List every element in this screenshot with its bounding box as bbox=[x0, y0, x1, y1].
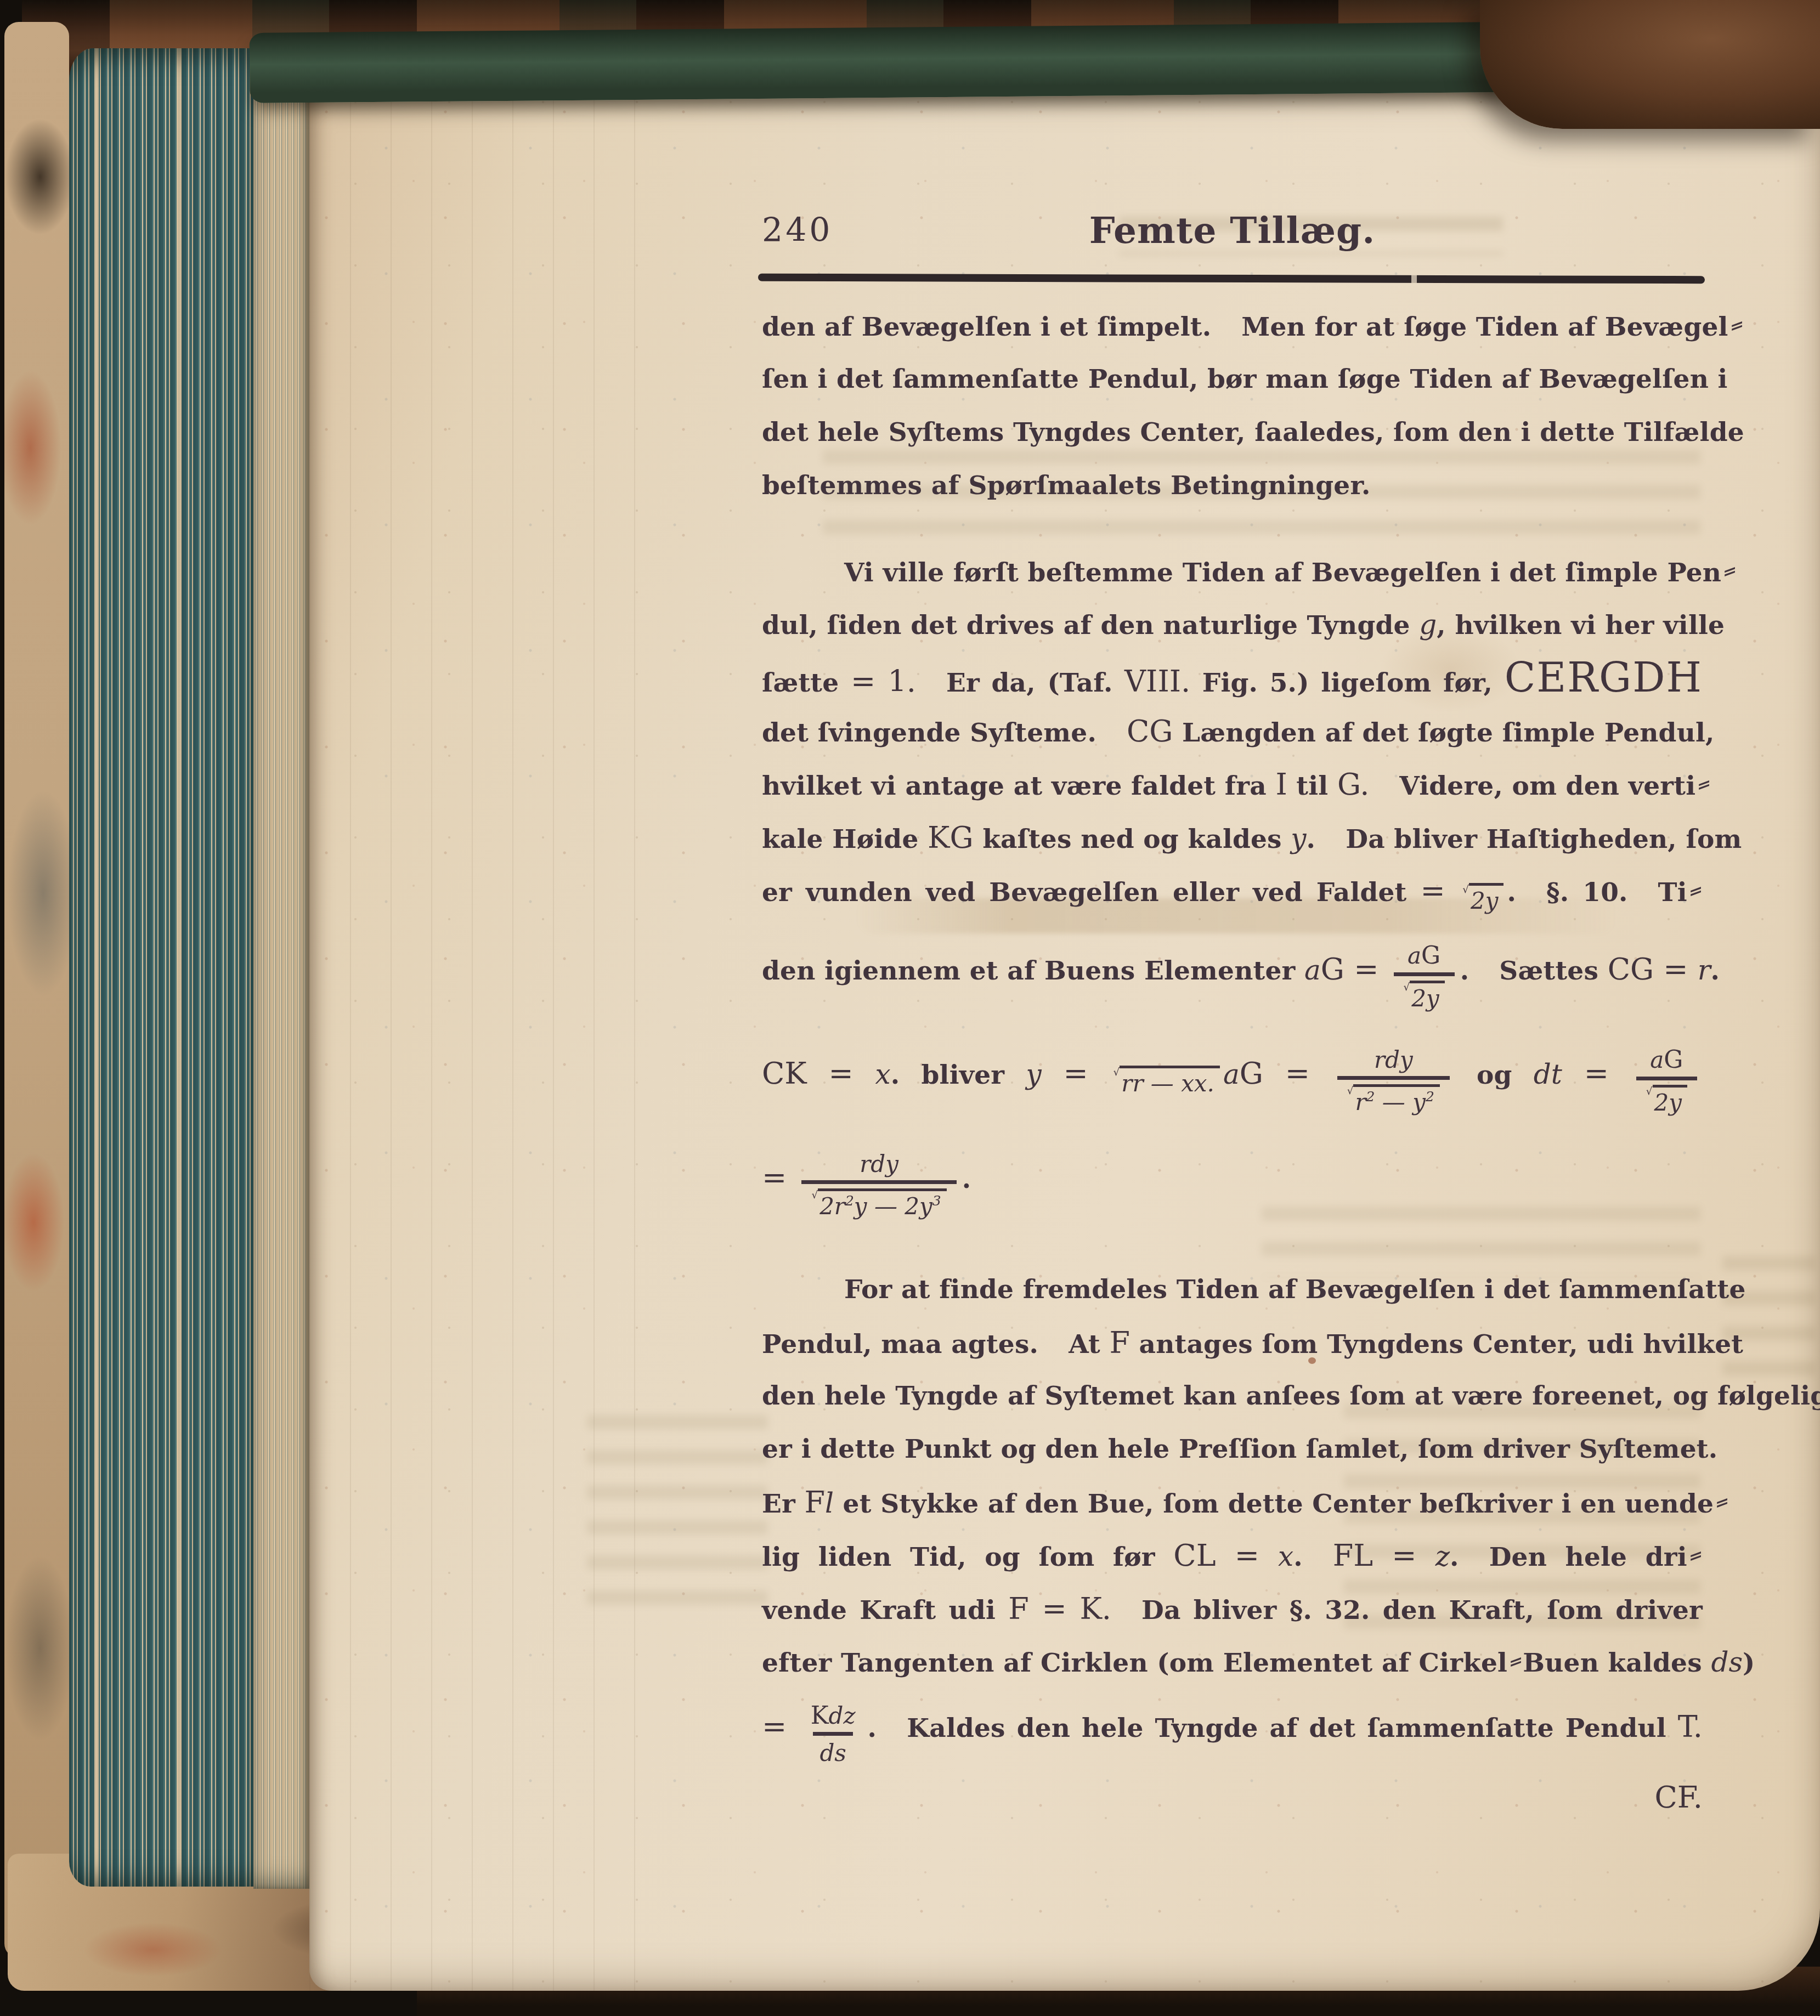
text-segment: Sættes bbox=[1499, 956, 1607, 986]
text-segment: 2y bbox=[1411, 985, 1439, 1012]
text-segment: CG bbox=[1127, 714, 1173, 749]
text-segment: . bbox=[1507, 877, 1516, 908]
text-segment: = bbox=[1344, 952, 1388, 987]
text-line-19: Er Fl et Stykke af den Bue, ſom dette Ce… bbox=[762, 1476, 1703, 1529]
text-segment: det ſvingende Syſteme. bbox=[762, 718, 1096, 748]
text-segment: = bbox=[762, 1709, 799, 1744]
text-segment: a bbox=[1304, 954, 1321, 986]
text-segment: . bbox=[1293, 1542, 1303, 1572]
text-segment: = bbox=[1420, 874, 1459, 908]
text-segment: F bbox=[1008, 1592, 1028, 1626]
line-end-hyphen: = bbox=[1715, 1474, 1729, 1532]
text-line-1: den af Bevægelſen i et ſimpelt.Men for a… bbox=[762, 299, 1703, 353]
text-segment: = bbox=[1654, 952, 1698, 987]
spine-board-marbled bbox=[4, 22, 69, 1958]
text-line-10: kale Høide KG kaſtes ned og kaldes y.Da … bbox=[762, 811, 1703, 864]
book-page: 240 Femte Tillæg. den af Bevægelſen i et… bbox=[309, 88, 1820, 1991]
text-segment: z bbox=[1435, 1541, 1450, 1572]
text-segment: Vi ville førſt beſtemme Tiden af Bevægel… bbox=[844, 558, 1721, 588]
text-line-2: ſen i det ſammenſatte Pendul, bør man ſø… bbox=[762, 353, 1703, 406]
text-segment: FL bbox=[1333, 1538, 1373, 1573]
text-line-18: er i dette Punkt og den hele Preſſion ſa… bbox=[762, 1423, 1703, 1476]
text-line-9: hvilket vi antage at være faldet fra I t… bbox=[762, 758, 1703, 811]
text-segment: rdy bbox=[860, 1151, 898, 1177]
text-line-22: efter Tangenten af Cirklen (om Elementet… bbox=[762, 1635, 1703, 1689]
text-segment: CG bbox=[1608, 952, 1654, 987]
text-segment: Ti bbox=[1658, 877, 1687, 908]
text-segment: ds bbox=[819, 1740, 846, 1766]
text-line-11: er vunden ved Bevægelſen eller ved Falde… bbox=[762, 864, 1703, 918]
text-segment: CERGDH bbox=[1505, 654, 1703, 701]
text-segment: dt bbox=[1534, 1058, 1562, 1090]
text-segment: dul, ſiden det drives af den naturlige T… bbox=[762, 610, 1419, 641]
book-photo: 240 Femte Tillæg. den af Bevægelſen i et… bbox=[0, 0, 1820, 2016]
text-segment: 2r bbox=[819, 1193, 845, 1220]
fraction: rdy√2r2y — 2y3 bbox=[801, 1151, 956, 1220]
text-segment: efter Tangenten af Cirklen (om Elementet… bbox=[762, 1648, 1507, 1678]
text-segment: x bbox=[1278, 1541, 1293, 1572]
header-rule bbox=[758, 274, 1705, 284]
text-segment: ) bbox=[1743, 1648, 1755, 1678]
line-end-hyphen: = bbox=[1689, 862, 1703, 920]
text-segment: VIII. bbox=[1124, 664, 1190, 699]
radical-icon: √ bbox=[1646, 1087, 1653, 1097]
text-segment: r bbox=[1355, 1089, 1366, 1115]
text-line-24: CF. bbox=[762, 1771, 1703, 1824]
square-root: √2y bbox=[1646, 1085, 1687, 1116]
text-segment: Længden af det ſøgte ſimple Pendul, bbox=[1173, 718, 1714, 748]
text-segment: 2 bbox=[845, 1193, 854, 1209]
text-segment: F bbox=[805, 1485, 825, 1520]
text-line-20: lig liden Tid, og ſom før CL = x.FL = z.… bbox=[762, 1529, 1703, 1582]
text-line-15: For at finde fremdeles Tiden af Bevægelſ… bbox=[762, 1263, 1703, 1316]
text-segment: CL bbox=[1173, 1538, 1216, 1573]
text-segment: og bbox=[1455, 1060, 1534, 1090]
page-edges-fine-stripes bbox=[253, 59, 309, 1889]
fraction: rdy√r2 — y2 bbox=[1337, 1047, 1450, 1115]
square-root: √2r2y — 2y3 bbox=[811, 1188, 946, 1220]
text-segment: — y bbox=[1375, 1089, 1425, 1115]
text-segment: kale Høide bbox=[762, 824, 928, 854]
text-segment: = bbox=[807, 1056, 875, 1091]
text-segment: G bbox=[1421, 942, 1440, 970]
text-line-3: det hele Syſtems Tyngdes Center, ſaalede… bbox=[762, 406, 1703, 459]
text-segment: antages ſom Tyngdens Center, udi hvilket bbox=[1130, 1329, 1743, 1360]
text-line-17: den hele Tyngde af Syſtemet kan anſees ſ… bbox=[762, 1369, 1703, 1423]
text-segment: vende Kraft udi bbox=[762, 1595, 1008, 1626]
text-segment: K. bbox=[1079, 1592, 1111, 1626]
square-root: √2y bbox=[1462, 883, 1504, 914]
text-segment: G bbox=[1240, 1056, 1263, 1091]
text-segment: CK bbox=[762, 1056, 807, 1091]
text-segment: KG bbox=[928, 820, 973, 855]
text-segment: beſtemmes af Spørſmaalets Betingninger. bbox=[762, 471, 1371, 501]
text-segment: 2y bbox=[1471, 887, 1498, 914]
text-segment: y — 2y bbox=[854, 1193, 932, 1220]
text-segment: 2 bbox=[1366, 1089, 1375, 1105]
text-segment: et Stykke af den Bue, ſom dette Center b… bbox=[834, 1489, 1714, 1519]
text-segment: = bbox=[762, 1160, 796, 1195]
text-segment: den igiennem et af Buens Elementer bbox=[762, 956, 1304, 986]
radical-icon: √ bbox=[1347, 1086, 1354, 1096]
text-segment: ſætte bbox=[762, 668, 851, 698]
text-line-6: dul, ſiden det drives af den naturlige T… bbox=[762, 598, 1703, 652]
text-segment: den hele Tyngde af Syſtemet kan anſees ſ… bbox=[762, 1381, 1820, 1411]
text-segment: T. bbox=[1678, 1709, 1703, 1744]
text-segment: CF. bbox=[1654, 1780, 1703, 1815]
square-root: √r2 — y2 bbox=[1347, 1084, 1440, 1115]
text-line-8: det ſvingende Syſteme.CG Længden af det … bbox=[762, 705, 1703, 758]
text-segment: rdy bbox=[1374, 1046, 1413, 1073]
text-column: den af Bevægelſen i et ſimpelt.Men for a… bbox=[762, 292, 1703, 1824]
text-line-4: beſtemmes af Spørſmaalets Betingninger. bbox=[762, 459, 1703, 512]
text-segment: 3 bbox=[932, 1193, 941, 1209]
text-line-12: den igiennem et af Buens Elementer aG = … bbox=[762, 918, 1703, 1022]
text-segment: I bbox=[1275, 767, 1287, 802]
text-line-23: = Kdzds.Kaldes den hele Tyngde af det ſa… bbox=[762, 1683, 1703, 1771]
text-segment: . bbox=[1711, 956, 1720, 986]
line-end-hyphen: = bbox=[1730, 297, 1744, 355]
text-segment: . bbox=[962, 1164, 971, 1194]
line-end-hyphen: = bbox=[1723, 542, 1737, 601]
text-segment: 2 bbox=[1426, 1089, 1434, 1105]
text-segment: G bbox=[1321, 952, 1344, 987]
text-segment: Da bliver Haſtigheden, ſom bbox=[1346, 824, 1742, 854]
text-segment: dz bbox=[829, 1702, 856, 1729]
text-segment: . bbox=[1460, 956, 1469, 986]
text-segment: l bbox=[825, 1487, 834, 1519]
text-line-14: = rdy√2r2y — 2y3. bbox=[762, 1126, 1703, 1230]
printed-content: 240 Femte Tillæg. den af Bevægelſen i et… bbox=[309, 88, 1820, 1991]
line-end-hyphen: = bbox=[1689, 1527, 1703, 1585]
radical-icon: √ bbox=[1462, 885, 1469, 895]
text-segment: = bbox=[1562, 1056, 1631, 1091]
square-root: √rr — xx. bbox=[1114, 1066, 1220, 1097]
text-segment: , hvilken vi her ville bbox=[1437, 610, 1725, 641]
text-segment: G bbox=[1664, 1046, 1683, 1074]
text-segment: F bbox=[1109, 1326, 1129, 1360]
text-segment: den af Bevægelſen i et ſimpelt. bbox=[762, 312, 1211, 342]
text-segment: Er bbox=[762, 1489, 805, 1519]
text-line-5: Vi ville førſt beſtemme Tiden af Bevægel… bbox=[762, 545, 1703, 598]
text-segment: Da bliver §. 32. den Kraft, ſom driver bbox=[1141, 1595, 1703, 1626]
text-line-13: CK = x. bliver y = √rr — xx.aG = rdy√r2 … bbox=[762, 1022, 1703, 1126]
text-segment: = 1. bbox=[851, 664, 916, 699]
text-segment: Kaldes den hele Tyngde af det ſammenſatt… bbox=[907, 1713, 1678, 1743]
text-segment: For at finde fremdeles Tiden af Bevægelſ… bbox=[844, 1275, 1746, 1305]
fraction: aG√2y bbox=[1394, 942, 1455, 1012]
text-segment: Er da, (Taf. bbox=[946, 668, 1124, 698]
text-segment: = bbox=[1263, 1056, 1332, 1091]
fraction: aG√2y bbox=[1636, 1046, 1697, 1116]
text-segment: . bbox=[1307, 824, 1316, 854]
text-segment: er i dette Punkt og den hele Preſſion ſa… bbox=[762, 1434, 1717, 1464]
page-header: 240 Femte Tillæg. bbox=[762, 200, 1703, 261]
text-segment: Pendul, maa agtes. bbox=[762, 1329, 1038, 1360]
radical-icon: √ bbox=[1114, 1068, 1120, 1078]
text-segment: til bbox=[1287, 771, 1337, 801]
text-segment: kaſtes ned og kaldes bbox=[974, 824, 1291, 854]
text-segment: K bbox=[811, 1702, 829, 1730]
text-segment: g bbox=[1419, 609, 1437, 641]
text-segment: At bbox=[1069, 1329, 1109, 1360]
text-line-21: vende Kraft udi F = K.Da bliver §. 32. d… bbox=[762, 1582, 1703, 1635]
text-segment: ds bbox=[1711, 1646, 1743, 1678]
text-segment: = bbox=[1373, 1538, 1435, 1573]
text-segment: Buen kaldes bbox=[1523, 1648, 1711, 1678]
top-binding-leather-corner bbox=[1480, 0, 1820, 129]
text-segment: ſen i det ſammenſatte Pendul, bør man ſø… bbox=[762, 364, 1728, 394]
text-segment: Den hele dri bbox=[1489, 1542, 1687, 1572]
text-segment: = bbox=[1042, 1056, 1110, 1091]
page-edges-stripes bbox=[69, 48, 255, 1887]
text-segment: x bbox=[875, 1058, 891, 1090]
text-segment: Men for at ſøge Tiden af Bevægel bbox=[1241, 312, 1728, 342]
text-segment: = bbox=[1216, 1538, 1279, 1573]
radical-icon: √ bbox=[811, 1191, 818, 1200]
text-segment: . bbox=[1450, 1542, 1459, 1572]
text-segment: y bbox=[1291, 823, 1306, 854]
line-end-hyphen: = bbox=[1509, 1633, 1523, 1691]
text-segment: 2y bbox=[1654, 1089, 1682, 1116]
text-line-16: Pendul, maa agtes.At F antages ſom Tyngd… bbox=[762, 1316, 1703, 1369]
text-segment: r bbox=[1698, 954, 1711, 986]
page-number: 240 bbox=[762, 200, 833, 261]
text-segment: hvilket vi antage at være faldet fra bbox=[762, 771, 1275, 801]
text-segment: lig liden Tid, og ſom før bbox=[762, 1542, 1173, 1572]
text-segment: rr — xx. bbox=[1121, 1070, 1214, 1097]
text-segment: y bbox=[1026, 1058, 1041, 1090]
text-segment: er vunden ved Bevægelſen eller ved Falde… bbox=[762, 877, 1420, 908]
text-line-7: ſætte = 1.Er da, (Taf. VIII. Fig. 5.) li… bbox=[762, 652, 1703, 705]
text-segment: a bbox=[1650, 1046, 1664, 1073]
text-segment: a bbox=[1408, 942, 1421, 969]
text-segment: §. 10. bbox=[1546, 877, 1628, 908]
running-title: Femte Tillæg. bbox=[1089, 200, 1375, 261]
text-segment: . bbox=[868, 1713, 877, 1743]
text-segment: G. bbox=[1337, 767, 1369, 802]
line-end-hyphen: = bbox=[1697, 756, 1711, 814]
text-segment: = bbox=[1029, 1592, 1080, 1626]
fraction: Kdzds bbox=[804, 1702, 862, 1767]
text-segment: . bliver bbox=[891, 1060, 1026, 1090]
text-segment: Fig. 5.) ligeſom før, bbox=[1190, 668, 1504, 698]
text-segment: det hele Syſtems Tyngdes Center, ſaalede… bbox=[762, 417, 1744, 448]
text-segment: a bbox=[1223, 1058, 1240, 1090]
text-segment: Videre, om den verti bbox=[1399, 771, 1695, 801]
square-root: √2y bbox=[1404, 981, 1445, 1012]
radical-icon: √ bbox=[1404, 983, 1410, 993]
